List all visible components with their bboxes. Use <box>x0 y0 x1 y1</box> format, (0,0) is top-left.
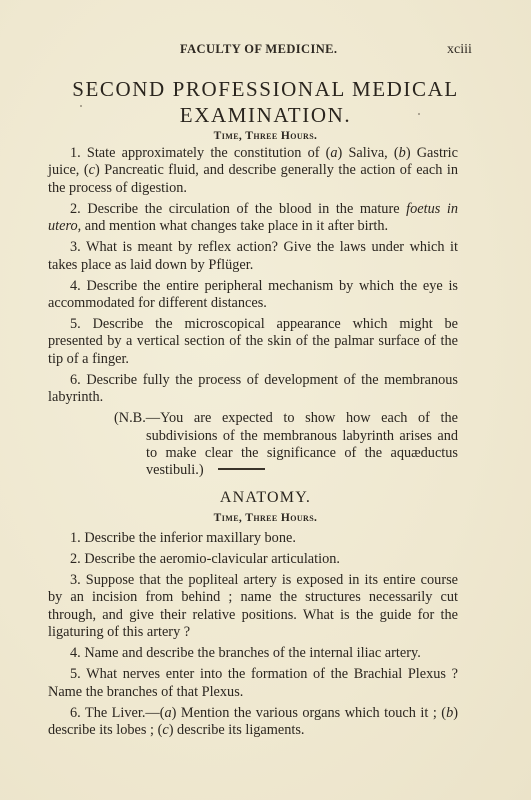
question-item: 3. Suppose that the popliteal artery is … <box>48 572 458 642</box>
question-item: 4. Describe the entire peripheral mechan… <box>48 278 458 313</box>
question-item: 6. The Liver.—(a) Mention the various or… <box>48 705 458 740</box>
question-item: 5. What nerves enter into the formation … <box>48 666 458 701</box>
question-item: 1. Describe the inferior maxillary bone. <box>48 530 458 547</box>
exam-questions: 1. State approximately the constitution … <box>48 145 458 480</box>
note-block: (N.B.—You are expected to show how each … <box>114 410 458 480</box>
question-item: 3. What is meant by reflex action? Give … <box>48 239 458 274</box>
page-number: xciii <box>447 42 472 58</box>
anatomy-questions: 1. Describe the inferior maxillary bone.… <box>48 530 458 743</box>
question-item: 6. Describe fully the process of develop… <box>48 372 458 407</box>
anatomy-title: ANATOMY. <box>0 489 531 507</box>
anatomy-time-allowed: Time, Three Hours. <box>0 512 531 524</box>
section-divider <box>218 468 265 470</box>
question-item: 5. Describe the microscopical appearance… <box>48 316 458 368</box>
book-page: FACULTY OF MEDICINE. xciii SECOND PROFES… <box>0 0 531 800</box>
exam-title: SECOND PROFESSIONAL MEDICAL EXAMINATION. <box>0 76 531 128</box>
question-item: 1. State approximately the constitution … <box>48 145 458 197</box>
exam-title-line-1: SECOND PROFESSIONAL MEDICAL <box>0 76 531 102</box>
question-item: 4. Name and describe the branches of the… <box>48 645 458 662</box>
paper-speck <box>80 105 82 107</box>
question-item: 2. Describe the aeromio-clavicular artic… <box>48 551 458 568</box>
question-item: 2. Describe the circulation of the blood… <box>48 201 458 236</box>
running-title: FACULTY OF MEDICINE. <box>180 42 337 57</box>
paper-speck <box>418 113 420 115</box>
paper-speck <box>220 378 222 380</box>
exam-time-allowed: Time, Three Hours. <box>0 130 531 142</box>
